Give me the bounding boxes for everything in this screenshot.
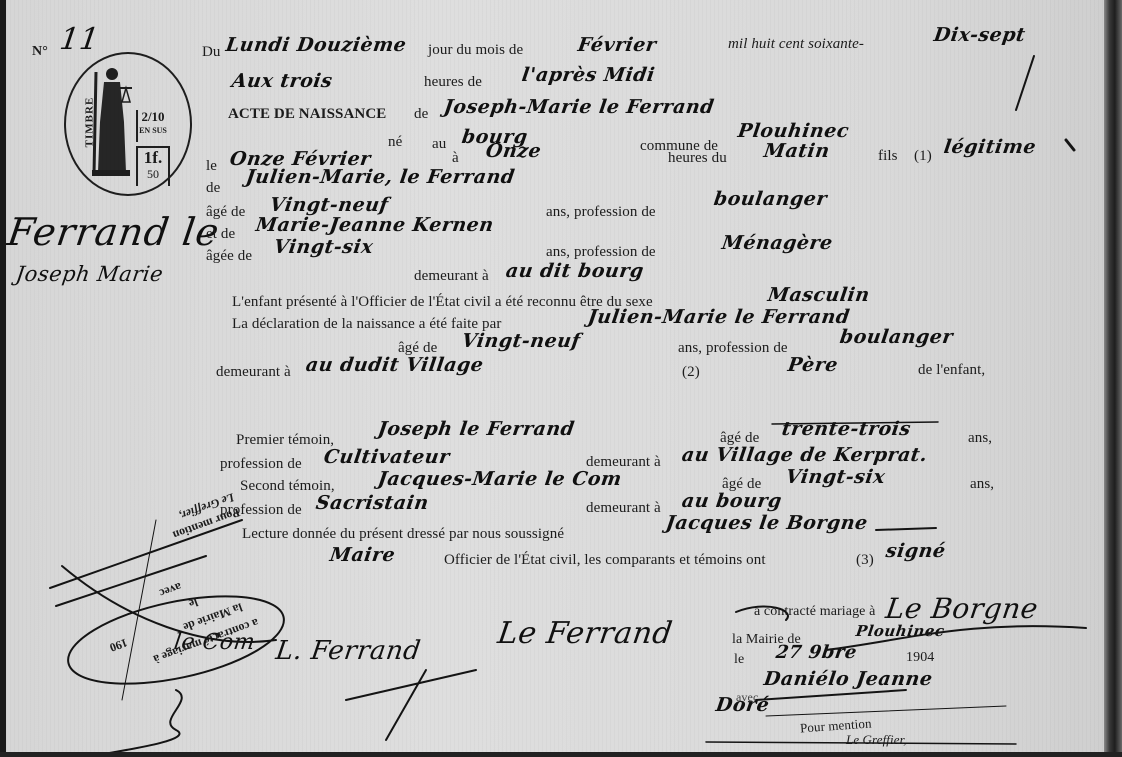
hand-witness2-residence: au bourg [680, 490, 783, 512]
text-heures-de: heures de [424, 74, 482, 91]
marriage-mention-le: le [734, 652, 744, 668]
text-ans-profession-father: ans, profession de [546, 204, 656, 221]
birth-certificate-page: N° 11 TIMBRE 2/10 EN SUS 1f. 50 Ferrand … [6, 0, 1104, 752]
hand-marriage-place: Plouhinec [855, 622, 946, 640]
justice-figure-icon [88, 62, 132, 180]
text-ans-witness1: ans, [968, 430, 992, 447]
hand-hour: Aux trois [230, 70, 333, 92]
act-number-label: N° [32, 44, 48, 60]
footnote-3: (3) [856, 552, 874, 569]
hand-child-name: Joseph-Marie le Ferrand [442, 96, 715, 118]
footnote-2: (2) [682, 364, 700, 381]
act-number: 11 [58, 22, 102, 57]
text-au: au [432, 136, 446, 153]
hand-commune: Plouhinec [736, 120, 850, 142]
scan-bottom-border [0, 752, 1122, 757]
text-ans-witness2: ans, [970, 476, 994, 493]
hand-marriage-note: Doré [714, 694, 770, 716]
text-demeurant-parents: demeurant à [414, 268, 489, 285]
text-fils: fils [878, 148, 898, 165]
stamp-surcharge: 2/10 EN SUS [136, 110, 168, 142]
hand-period: Matin [762, 140, 831, 162]
text-a: à [452, 150, 459, 167]
hand-witness1-profession: Cultivateur [322, 446, 451, 468]
register-binding-edge [1104, 0, 1122, 757]
signature-le-ferrand: Le Ferrand [496, 616, 675, 651]
hand-signed: signé [884, 540, 947, 562]
hand-witness1-residence: au Village de Kerprat. [680, 444, 928, 466]
hand-father-profession: boulanger [712, 188, 828, 210]
text-demeurant-declarant: demeurant à [216, 364, 291, 381]
text-declaration: La déclaration de la naissance a été fai… [232, 316, 501, 333]
hand-parents-residence: au dit bourg [504, 260, 645, 282]
text-jour-du-mois: jour du mois de [428, 42, 523, 59]
hand-declarant: Julien-Marie le Ferrand [586, 306, 851, 328]
text-le: le [206, 158, 217, 175]
text-ans-profession-mother: ans, profession de [546, 244, 656, 261]
text-officier-etat-civil: Officier de l'État civil, les comparants… [444, 552, 766, 569]
hand-sex: Masculin [766, 284, 871, 306]
text-ans-profession-declarant: ans, profession de [678, 340, 788, 357]
hand-year: Dix-sept [932, 24, 1027, 46]
hand-day: Lundi Douzième [224, 34, 407, 56]
hand-month: Février [576, 34, 657, 56]
text-demeurant-witness2: demeurant à [586, 500, 661, 517]
text-age-de-father: âgé de [206, 204, 245, 221]
text-premier-temoin: Premier témoin, [236, 432, 334, 449]
hand-officer-name: Jacques le Borgne [664, 512, 869, 534]
text-ne: né [388, 134, 402, 151]
text-et-de: et de [206, 226, 235, 243]
text-de-father: de [206, 180, 220, 197]
text-agee-de: âgée de [206, 248, 252, 265]
footnote-1: (1) [914, 148, 932, 165]
marriage-greffier: Le Greffier, [846, 732, 907, 748]
hand-birth-hour: Onze [484, 140, 542, 162]
signature-le-borgne: Le Borgne [884, 592, 1041, 625]
text-de-l-enfant: de l'enfant, [918, 362, 985, 379]
marriage-mention-year: 1904 [906, 650, 934, 666]
hand-witness1-name: Joseph le Ferrand [376, 418, 576, 440]
hand-witness2-profession: Sacristain [314, 492, 430, 514]
hand-mother-profession: Ménagère [720, 232, 834, 254]
hand-officer-title: Maire [328, 544, 396, 566]
margin-given-names: Joseph Marie [14, 262, 164, 286]
hand-spouse-name: Daniélo Jeanne [762, 668, 934, 690]
hand-father-name: Julien-Marie, le Ferrand [244, 166, 516, 188]
marriage-mention-line1: a contracté mariage à [754, 604, 875, 620]
text-du: Du [202, 44, 221, 61]
hand-mother-age: Vingt-six [272, 236, 374, 258]
hand-time-of-day: l'après Midi [520, 64, 656, 86]
hand-father-age: Vingt-neuf [268, 194, 389, 216]
hand-relation: Père [786, 354, 839, 376]
hand-witness2-age: Vingt-six [784, 466, 886, 488]
act-title: ACTE DE NAISSANCE [228, 106, 386, 123]
hand-witness2-name: Jacques-Marie le Com [376, 468, 623, 490]
text-year-print: mil huit cent soixante- [728, 36, 864, 53]
text-de: de [414, 106, 428, 123]
hand-declarant-residence: au dudit Village [304, 354, 485, 376]
hand-declarant-age: Vingt-neuf [460, 330, 581, 352]
hand-marriage-date: 27 9bre [775, 642, 859, 663]
text-heures-du: heures du [668, 150, 727, 167]
fiscal-stamp: TIMBRE 2/10 EN SUS 1f. 50 [64, 52, 192, 196]
stamp-value: 1f. 50 [136, 146, 170, 186]
hand-legitimacy: légitime [942, 136, 1037, 158]
hand-declarant-profession: boulanger [838, 326, 954, 348]
hand-witness1-age: trente-trois [780, 418, 912, 440]
hand-mother-name: Marie-Jeanne Kernen [254, 214, 495, 236]
margin-surname: Ferrand le [6, 210, 222, 254]
